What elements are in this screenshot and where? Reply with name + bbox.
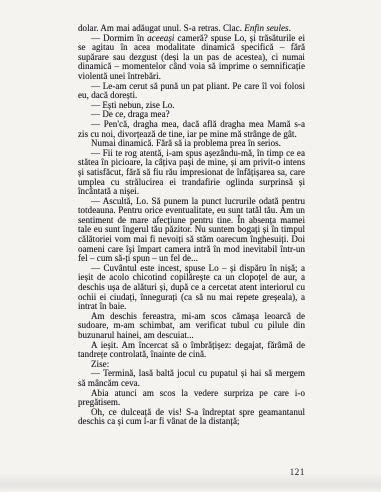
- text-run: — Le-am cerut să pună un pat pliant. Pe …: [78, 81, 305, 101]
- italic-text-run: Enfin seules: [244, 23, 288, 33]
- paragraph: — Dormim în aceeași cameră? spuse Lo, și…: [78, 34, 305, 82]
- italic-text-run: aceeași: [147, 33, 174, 43]
- paragraph: — Le-am cerut să pună un pat pliant. Pe …: [78, 82, 305, 101]
- text-run: — Fii te rog atentă, i-am spus așezându-…: [78, 148, 305, 196]
- text-run: dolar. Am mai adăugat unul. S-a retras. …: [78, 23, 244, 33]
- paragraph: — Pen'că, dragha mea, dacă află dragha m…: [78, 120, 305, 139]
- text-run: — Ești nebun, zise Lo.: [91, 100, 175, 110]
- paragraph: — Fii te rog atentă, i-am spus așezându-…: [78, 149, 305, 197]
- text-run: — Pen'că, dragha mea, dacă află dragha m…: [78, 119, 305, 139]
- paragraph: — Cuvântul este incest, spuse Lo – și di…: [78, 264, 305, 312]
- text-run: .: [289, 23, 291, 33]
- text-run: — Dormim în: [91, 33, 147, 43]
- paragraph: Am deschis fereastra, mi-am scos cămașa …: [78, 312, 305, 341]
- paragraph: A ieșit. Am încercat să o îmbrățișez: de…: [78, 341, 305, 360]
- text-run: Am deschis fereastra, mi-am scos cămașa …: [78, 311, 305, 340]
- paragraph: — Ascultă, Lo. Să punem la punct lucruri…: [78, 197, 305, 264]
- text-run: A ieșit. Am încercat să o îmbrățișez: de…: [78, 340, 305, 360]
- text-run: Numai dinamică. Fără să ia problema prea…: [91, 138, 281, 148]
- text-run: — Termină, lasă baltă jocul cu pupatul ș…: [78, 368, 305, 388]
- text-run: Abia atunci am scos la vedere surpriza p…: [78, 388, 305, 408]
- book-page: dolar. Am mai adăugat unul. S-a retras. …: [0, 0, 381, 492]
- text-run: Oh, ce dulceață de vis! S-a îndreptat sp…: [78, 407, 305, 427]
- text-run: — De ce, draga mea?: [91, 109, 170, 119]
- page-number: 121: [78, 467, 305, 477]
- page-text-block: dolar. Am mai adăugat unul. S-a retras. …: [78, 24, 305, 427]
- text-run: Zise:: [91, 359, 109, 369]
- paragraph: — Termină, lasă baltă jocul cu pupatul ș…: [78, 369, 305, 388]
- paragraph: Oh, ce dulceață de vis! S-a îndreptat sp…: [78, 408, 305, 427]
- text-run: — Ascultă, Lo. Să punem la punct lucruri…: [78, 196, 305, 264]
- text-run: — Cuvântul este incest, spuse Lo – și di…: [78, 263, 305, 311]
- paragraph: Abia atunci am scos la vedere surpriza p…: [78, 389, 305, 408]
- scanned-book-page: { "colors": { "paper": "#f4f3f0", "paper…: [0, 0, 381, 492]
